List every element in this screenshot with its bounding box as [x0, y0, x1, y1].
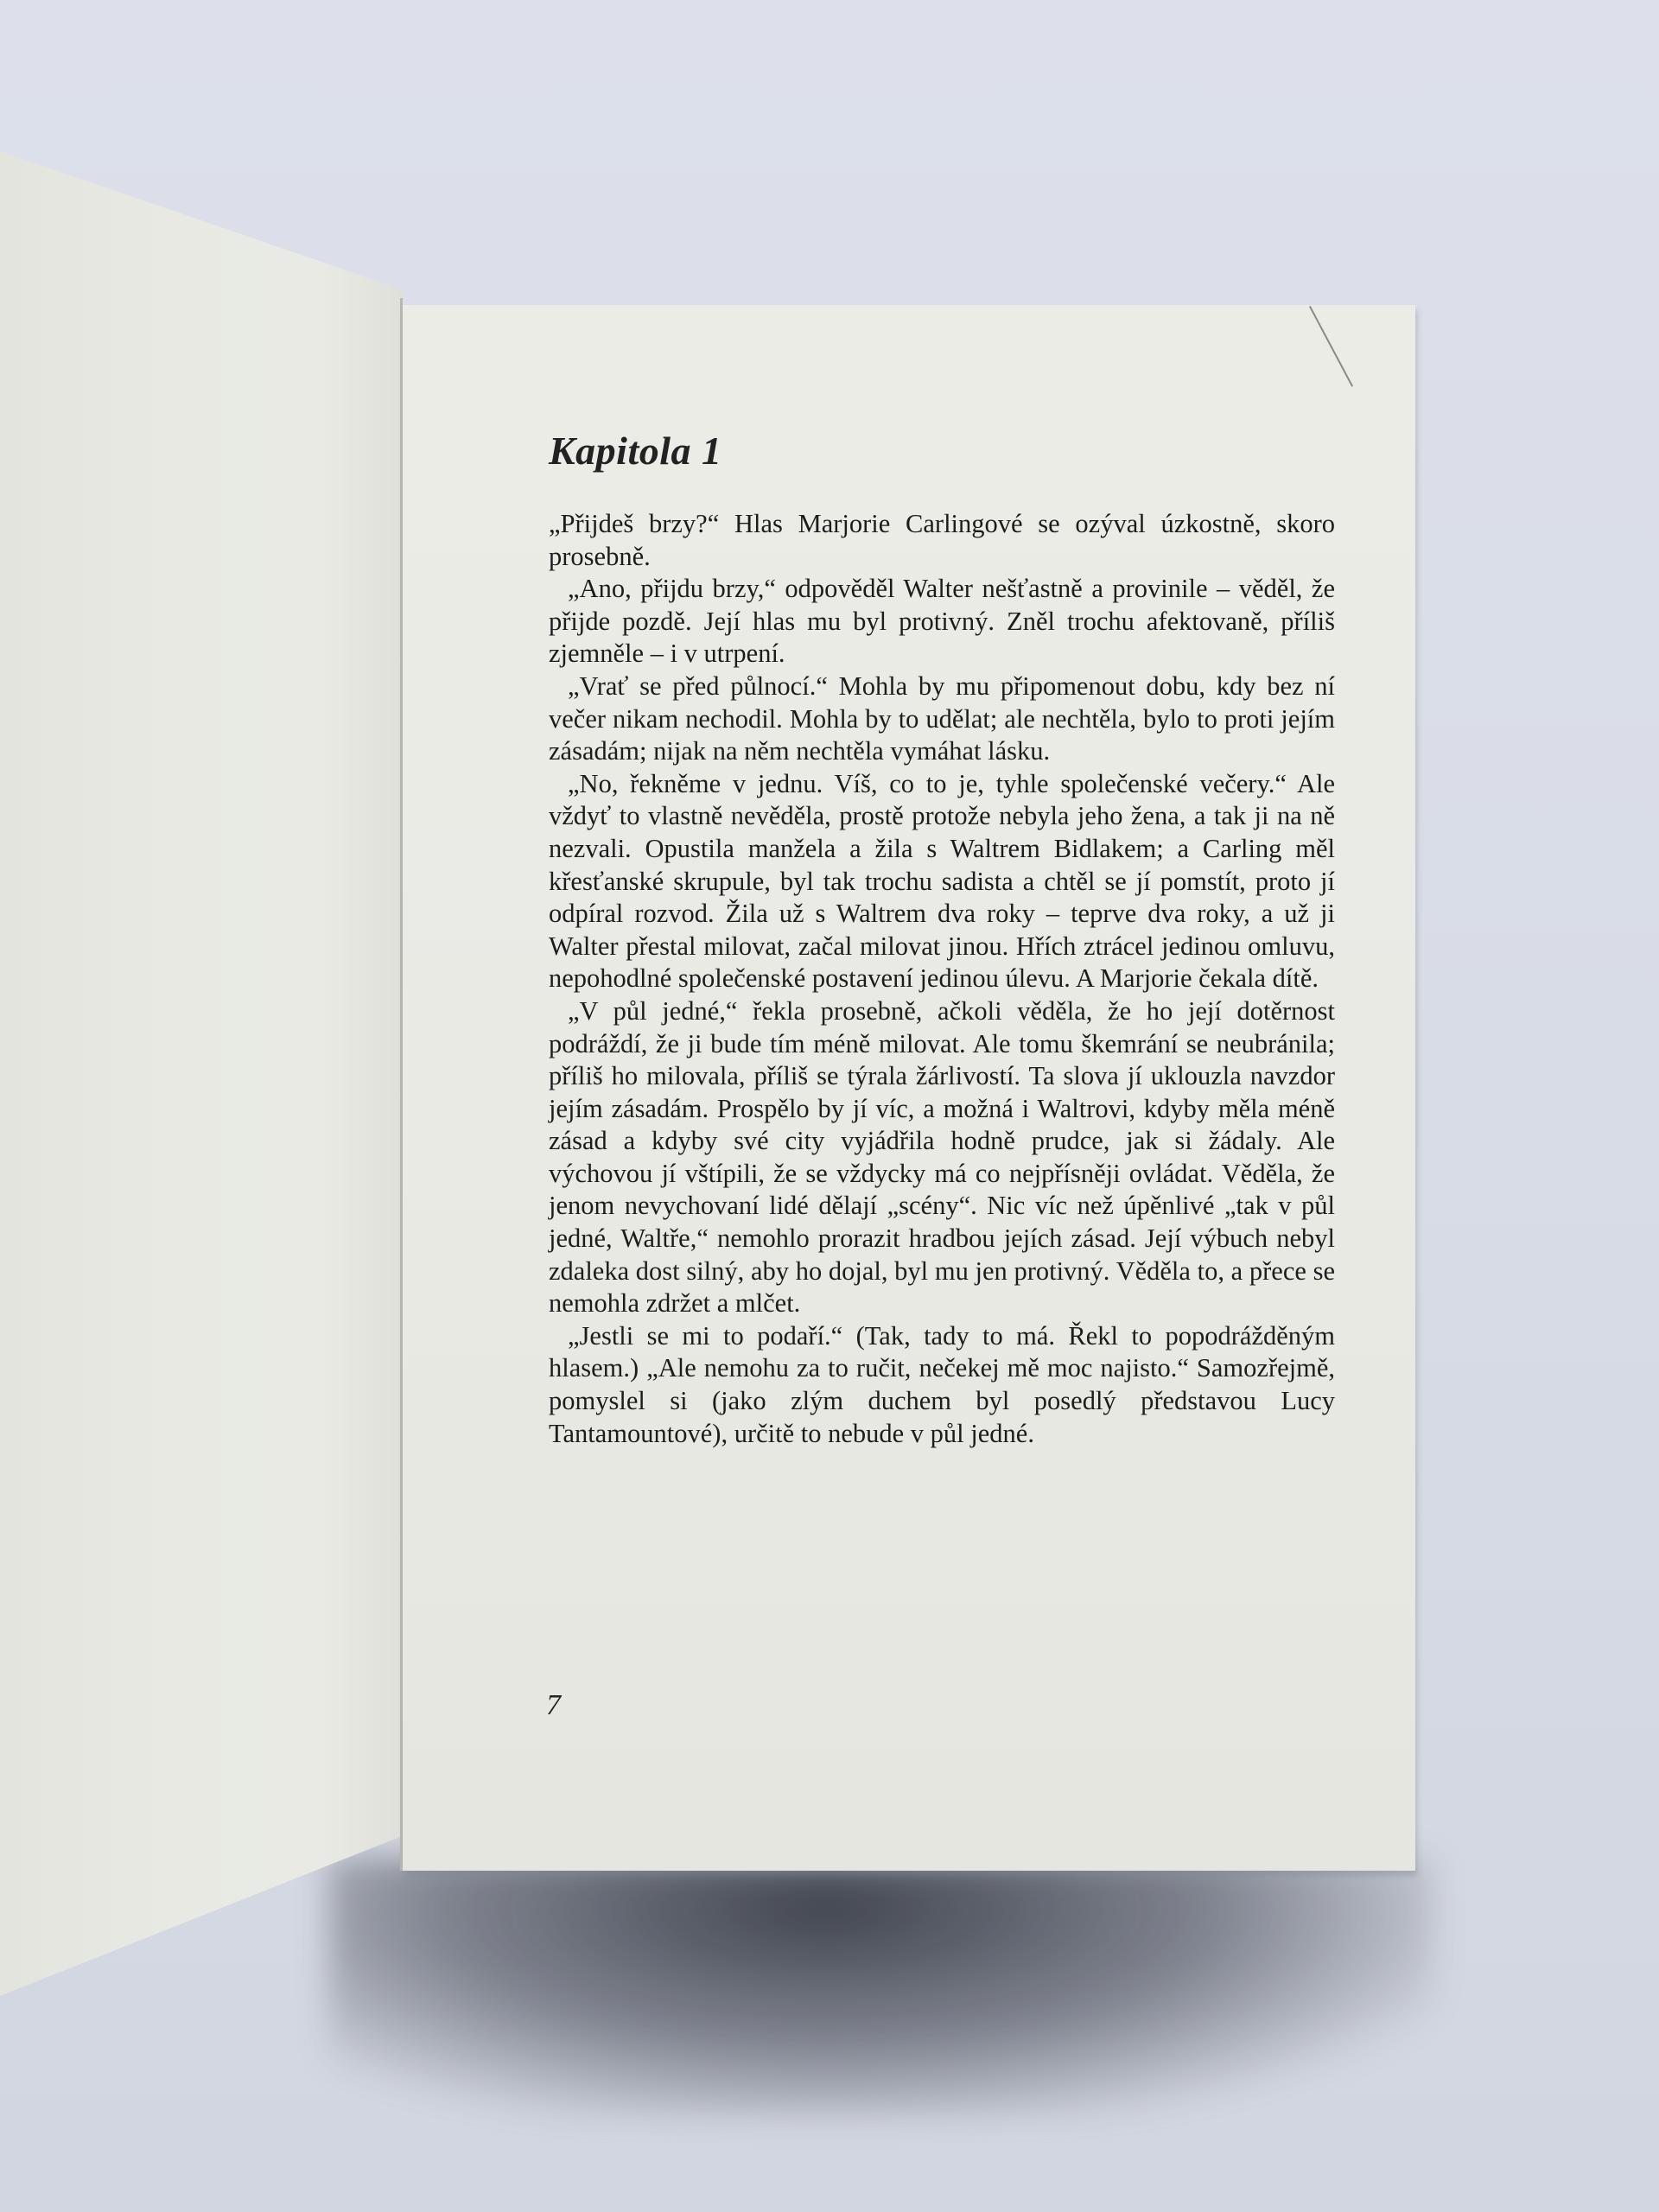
paragraph: „V půl jedné,“ řekla prosebně, ačkoli vě…: [549, 995, 1335, 1320]
paragraph: „Vrať se před půlnocí.“ Mohla by mu přip…: [549, 671, 1335, 768]
book-shadow: [328, 1858, 1434, 2117]
page-text-block: Kapitola 1 „Přijdeš brzy?“ Hlas Marjorie…: [549, 428, 1335, 1450]
paragraph: „Ano, přijdu brzy,“ odpověděl Walter neš…: [549, 573, 1335, 671]
paragraph: „Přijdeš brzy?“ Hlas Marjorie Carlingové…: [549, 508, 1335, 573]
paragraph: „Jestli se mi to podaří.“ (Tak, tady to …: [549, 1320, 1335, 1450]
chapter-title: Kapitola 1: [549, 428, 1335, 474]
page-number: 7: [546, 1689, 561, 1722]
left-page-blank: [0, 151, 402, 1996]
paragraph: „No, řekněme v jednu. Víš, co to je, tyh…: [549, 768, 1335, 995]
